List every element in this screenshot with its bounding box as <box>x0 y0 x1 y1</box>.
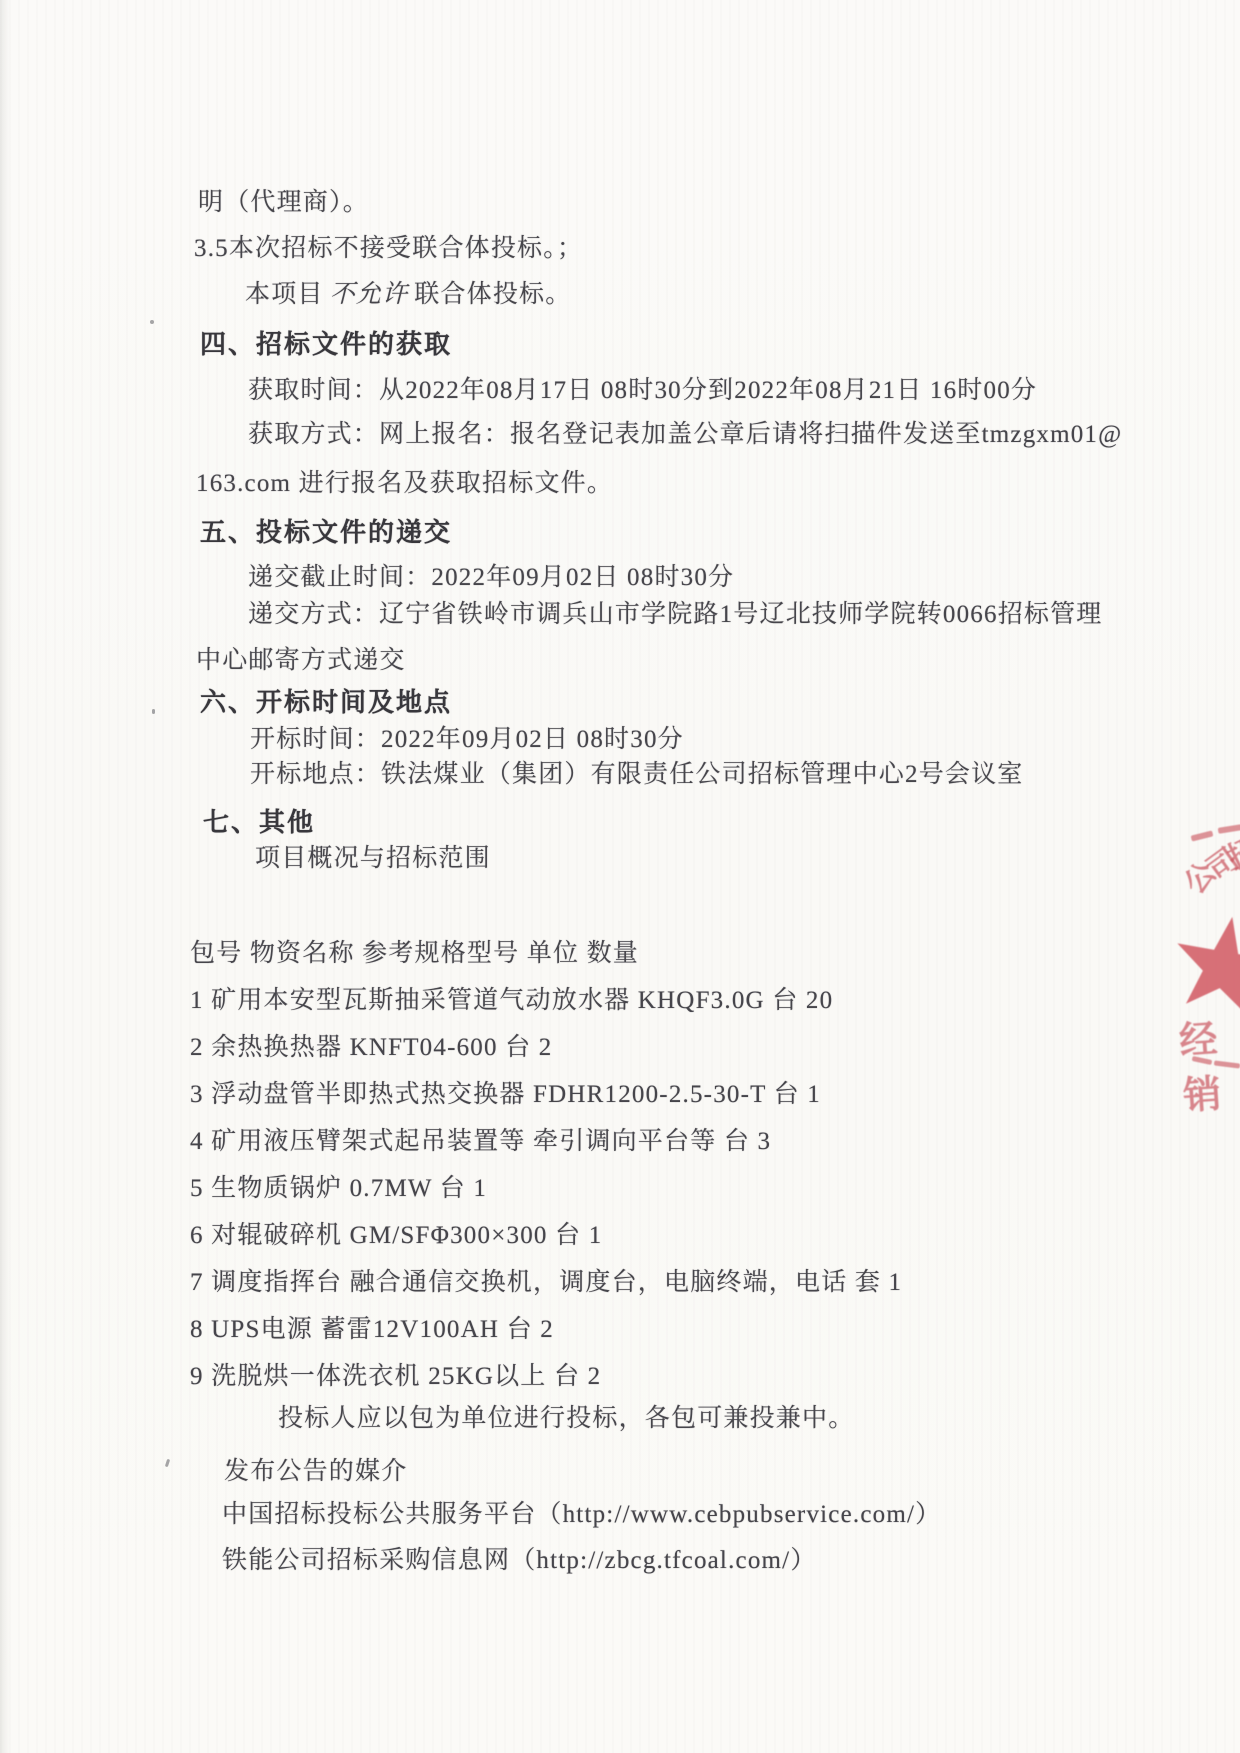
ink-speck <box>152 709 155 714</box>
section6-open-time: 开标时间：2022年09月02日 08时30分 <box>250 726 684 754</box>
package-row-9: 9 洗脱烘一体洗衣机 25KG以上 台 2 <box>190 1363 601 1391</box>
ink-speck <box>150 320 154 324</box>
media-item-2: 铁能公司招标采购信息网（http://zbcg.tfcoal.com/） <box>222 1547 817 1575</box>
section6-heading: 六、开标时间及地点 <box>200 688 452 717</box>
package-row-4: 4 矿用液压臂架式起吊装置等 牵引调向平台等 台 3 <box>190 1128 771 1156</box>
package-row-6: 6 对辊破碎机 GM/SFΦ300×300 台 1 <box>190 1222 602 1250</box>
package-row-7: 7 调度指挥台 融合通信交换机，调度台，电脑终端，电话 套 1 <box>190 1269 902 1297</box>
package-row-3: 3 浮动盘管半即热式热交换器 FDHR1200-2.5-30-T 台 1 <box>190 1081 821 1109</box>
package-row-8: 8 UPS电源 蓄雷12V100AH 台 2 <box>190 1316 554 1344</box>
intro-line-2: 3.5本次招标不接受联合体投标。； <box>194 235 583 263</box>
media-item-1: 中国招标投标公共服务平台（http://www.cebpubservice.co… <box>222 1501 941 1529</box>
section4-obtain-time: 获取时间：从2022年08月17日 08时30分到2022年08月21日 16时… <box>248 377 1037 405</box>
package-row-5: 5 生物质锅炉 0.7MW 台 1 <box>190 1175 487 1203</box>
intro-line-3-emphasis: 不允许 <box>330 281 409 308</box>
section5-heading: 五、投标文件的递交 <box>200 518 452 547</box>
section7-subtitle: 项目概况与招标范围 <box>255 845 491 873</box>
stamp-arc-segment <box>1191 830 1214 841</box>
section4-heading: 四、招标文件的获取 <box>200 330 452 359</box>
intro-line-3: 本项目不允许联合体投标。 <box>245 281 571 309</box>
intro-line-3-prefix: 本项目 <box>245 281 324 308</box>
media-heading: 发布公告的媒介 <box>224 1458 407 1486</box>
section7-heading: 七、其他 <box>203 808 315 837</box>
package-row-1: 1 矿用本安型瓦斯抽采管道气动放水器 KHQF3.0G 台 20 <box>190 987 833 1015</box>
section5-deadline: 递交截止时间：2022年09月02日 08时30分 <box>248 564 734 592</box>
section5-method-cont: 中心邮寄方式递交 <box>196 647 406 675</box>
section6-open-place: 开标地点：铁法煤业（集团）有限责任公司招标管理中心2号会议室 <box>250 761 1024 789</box>
package-note: 投标人应以包为单位进行投标，各包可兼投兼中。 <box>278 1405 854 1433</box>
ink-speck <box>165 1459 170 1468</box>
intro-line-3-suffix: 联合体投标。 <box>414 281 571 308</box>
package-row-2: 2 余热换热器 KNFT04-600 台 2 <box>190 1034 553 1062</box>
package-table-header: 包号 物资名称 参考规格型号 单位 数量 <box>190 940 639 968</box>
scan-edge-shadow <box>0 0 10 1753</box>
intro-line-1: 明（代理商）。 <box>198 189 369 217</box>
section4-obtain-method-cont: 163.com 进行报名及获取招标文件。 <box>196 470 613 498</box>
scanned-tender-document-page: 明（代理商）。 3.5本次招标不接受联合体投标。； 本项目不允许联合体投标。 四… <box>0 0 1240 1753</box>
section4-obtain-method: 获取方式：网上报名：报名登记表加盖公章后请将扫描件发送至tmzgxm01@ <box>248 421 1122 449</box>
section5-method: 递交方式：辽宁省铁岭市调兵山市学院路1号辽北技师学院转0066招标管理 <box>248 601 1103 629</box>
